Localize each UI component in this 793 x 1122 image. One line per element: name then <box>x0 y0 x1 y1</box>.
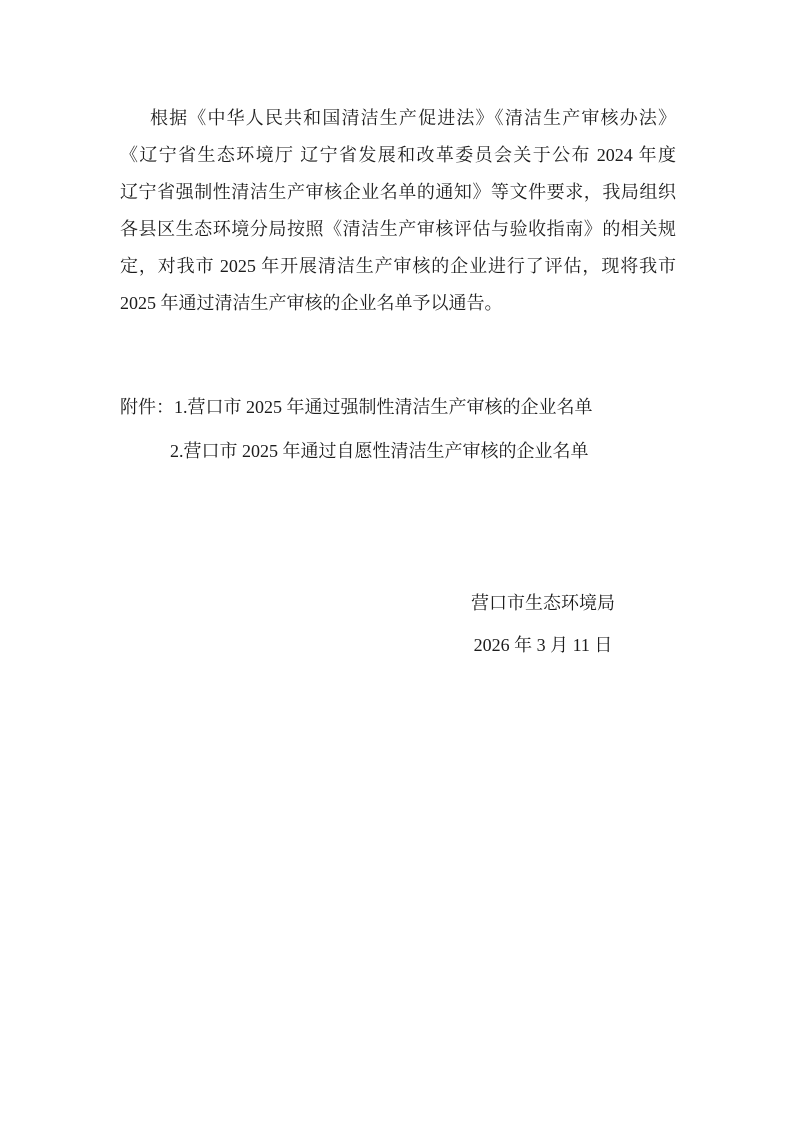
attachment-line-1: 附件：1.营口市 2025 年通过强制性清洁生产审核的企业名单 <box>120 385 676 429</box>
body-line-6: 2025 年通过清洁生产审核的企业名单予以通告。 <box>120 285 676 322</box>
body-line-3: 辽宁省强制性清洁生产审核企业名单的通知》等文件要求，我局组织 <box>120 174 676 211</box>
body-paragraph: 根据《中华人民共和国清洁生产促进法》《清洁生产审核办法》 《辽宁省生态环境厅 辽… <box>120 100 676 322</box>
attachment-line-2: 2.营口市 2025 年通过自愿性清洁生产审核的企业名单 <box>120 429 676 473</box>
body-line-2: 《辽宁省生态环境厅 辽宁省发展和改革委员会关于公布 2024 年度 <box>120 137 676 174</box>
signature-block: 营口市生态环境局 2026 年 3 月 11 日 <box>420 582 666 666</box>
signature-date: 2026 年 3 月 11 日 <box>420 624 666 666</box>
document-page: 根据《中华人民共和国清洁生产促进法》《清洁生产审核办法》 《辽宁省生态环境厅 辽… <box>0 0 793 1122</box>
body-line-4: 各县区生态环境分局按照《清洁生产审核评估与验收指南》的相关规 <box>120 211 676 248</box>
attachment-list: 附件：1.营口市 2025 年通过强制性清洁生产审核的企业名单 2.营口市 20… <box>120 385 676 473</box>
body-line-1: 根据《中华人民共和国清洁生产促进法》《清洁生产审核办法》 <box>120 100 676 137</box>
signature-organization: 营口市生态环境局 <box>420 582 666 624</box>
body-line-5: 定，对我市 2025 年开展清洁生产审核的企业进行了评估，现将我市 <box>120 248 676 285</box>
